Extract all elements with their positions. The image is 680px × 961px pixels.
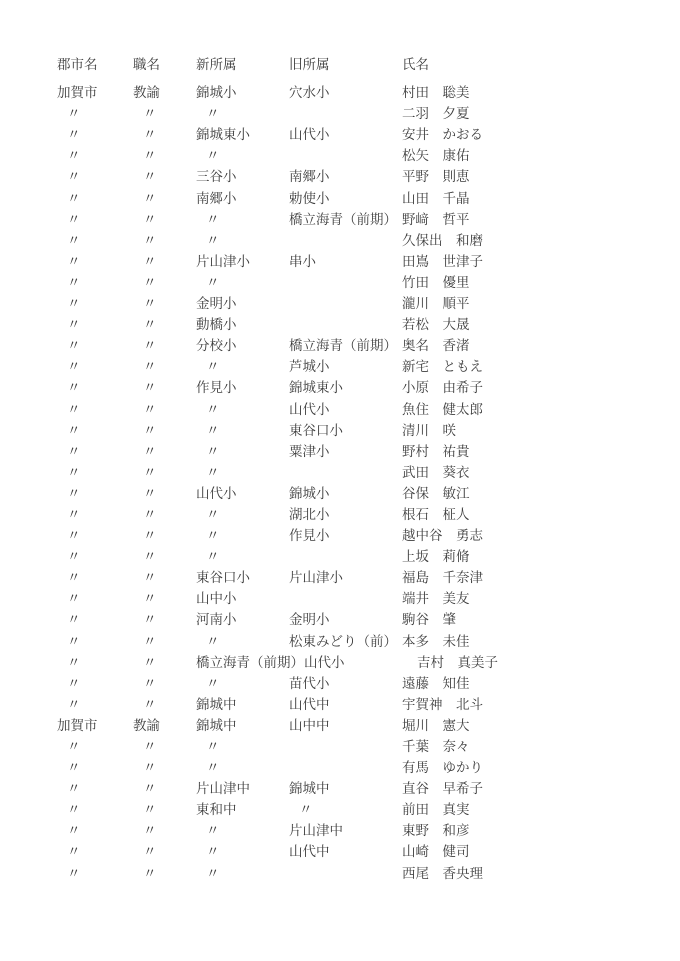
cell-shin-shozoku: 錦城東小	[196, 124, 289, 145]
cell-shokumei: 〃	[133, 145, 196, 166]
table-row: 〃〃三谷小南郷小平野 則恵	[57, 166, 660, 187]
cell-shimei: 福島 千奈津	[402, 567, 660, 588]
cell-gunshimei: 〃	[57, 631, 133, 652]
table-row: 〃〃〃久保出 和磨	[57, 230, 660, 251]
cell-gunshimei: 〃	[57, 166, 133, 187]
cell-shin-shozoku: 片山津中	[196, 778, 289, 799]
cell-kyu-shozoku: 橋立海青（前期）	[289, 335, 402, 356]
table-row: 〃〃山中小端井 美友	[57, 588, 660, 609]
table-row: 〃〃作見小錦城東小小原 由希子	[57, 377, 660, 398]
cell-gunshimei: 〃	[57, 356, 133, 377]
cell-shokumei: 〃	[133, 293, 196, 314]
cell-gunshimei: 〃	[57, 588, 133, 609]
cell-shokumei: 〃	[133, 124, 196, 145]
cell-shin-shozoku: 〃	[196, 103, 289, 124]
cell-shokumei: 〃	[133, 778, 196, 799]
table-row: 〃〃片山津小串小田嶌 世津子	[57, 251, 660, 272]
cell-shimei: 野﨑 哲平	[402, 209, 660, 230]
cell-shimei: 田嶌 世津子	[402, 251, 660, 272]
cell-shokumei: 〃	[133, 567, 196, 588]
cell-gunshimei: 〃	[57, 483, 133, 504]
cell-shokumei: 〃	[133, 166, 196, 187]
table-row: 〃〃〃松東みどり（前）本多 未佳	[57, 631, 660, 652]
cell-shin-shozoku: 〃	[196, 736, 289, 757]
cell-shin-shozoku: 〃	[196, 631, 289, 652]
cell-kyu-shozoku: 松東みどり（前）	[289, 631, 402, 652]
cell-shin-shozoku: 〃	[196, 399, 289, 420]
cell-gunshimei: 〃	[57, 609, 133, 630]
table-row: 加賀市教諭錦城小穴水小村田 聡美	[57, 82, 660, 103]
cell-shin-shozoku: 〃	[196, 420, 289, 441]
cell-shokumei: 教諭	[133, 715, 196, 736]
cell-shimei: 谷保 敏江	[402, 483, 660, 504]
cell-gunshimei: 〃	[57, 736, 133, 757]
cell-shin-shozoku: 橋立海青（前期）	[196, 652, 304, 673]
cell-shimei: 小原 由希子	[402, 377, 660, 398]
cell-kyu-shozoku: 山代中	[289, 694, 402, 715]
cell-shin-shozoku: 〃	[196, 441, 289, 462]
cell-kyu-shozoku: 串小	[289, 251, 402, 272]
cell-gunshimei: 〃	[57, 420, 133, 441]
cell-shimei: 駒谷 肇	[402, 609, 660, 630]
cell-shin-shozoku: 〃	[196, 272, 289, 293]
cell-gunshimei: 〃	[57, 757, 133, 778]
cell-shokumei: 〃	[133, 820, 196, 841]
table-row: 〃〃分校小橋立海青（前期）奥名 香渚	[57, 335, 660, 356]
table-row: 〃〃〃東谷口小清川 咲	[57, 420, 660, 441]
cell-shokumei: 〃	[133, 462, 196, 483]
cell-shin-shozoku: 錦城中	[196, 715, 289, 736]
cell-shokumei: 〃	[133, 441, 196, 462]
table-row: 〃〃〃湖北小根石 柾人	[57, 504, 660, 525]
cell-gunshimei: 〃	[57, 462, 133, 483]
cell-gunshimei: 〃	[57, 377, 133, 398]
cell-shimei: 若松 大晟	[402, 314, 660, 335]
cell-shin-shozoku: 分校小	[196, 335, 289, 356]
column-header-kyu-shozoku: 旧所属	[289, 54, 402, 75]
table-row: 〃〃〃作見小越中谷 勇志	[57, 525, 660, 546]
cell-shokumei: 〃	[133, 251, 196, 272]
cell-shimei: 平野 則恵	[402, 166, 660, 187]
cell-shin-shozoku: 錦城小	[196, 82, 289, 103]
cell-shokumei: 〃	[133, 673, 196, 694]
cell-gunshimei: 〃	[57, 799, 133, 820]
cell-shokumei: 〃	[133, 588, 196, 609]
cell-kyu-shozoku: 山中中	[289, 715, 402, 736]
cell-shimei: 山崎 健司	[402, 841, 660, 862]
cell-shin-shozoku: 〃	[196, 230, 289, 251]
cell-shin-shozoku: 山代小	[196, 483, 289, 504]
cell-shokumei: 〃	[133, 546, 196, 567]
cell-kyu-shozoku: 橋立海青（前期）	[289, 209, 402, 230]
cell-shokumei: 〃	[133, 335, 196, 356]
table-row: 〃〃〃山代中山崎 健司	[57, 841, 660, 862]
cell-shokumei: 〃	[133, 377, 196, 398]
cell-shokumei: 〃	[133, 230, 196, 251]
cell-shimei: 有馬 ゆかり	[402, 757, 660, 778]
table-row: 〃〃山代小錦城小谷保 敏江	[57, 483, 660, 504]
cell-gunshimei: 〃	[57, 778, 133, 799]
cell-gunshimei: 〃	[57, 251, 133, 272]
cell-shimei: 野村 祐貴	[402, 441, 660, 462]
cell-shimei: 武田 葵衣	[402, 462, 660, 483]
cell-shimei: 山田 千晶	[402, 188, 660, 209]
table-row: 〃〃南郷小勅使小山田 千晶	[57, 188, 660, 209]
cell-shimei: 東野 和彦	[402, 820, 660, 841]
table-row: 〃〃〃松矢 康佑	[57, 145, 660, 166]
column-header-shin-shozoku: 新所属	[196, 54, 289, 75]
cell-gunshimei: 〃	[57, 694, 133, 715]
column-header-shimei: 氏名	[402, 54, 660, 75]
cell-shin-shozoku: 錦城中	[196, 694, 289, 715]
cell-kyu-shozoku: 山代小	[289, 124, 402, 145]
cell-shin-shozoku: 東谷口小	[196, 567, 289, 588]
cell-shin-shozoku: 〃	[196, 863, 289, 884]
cell-shokumei: 〃	[133, 863, 196, 884]
table-row: 〃〃〃竹田 優里	[57, 272, 660, 293]
cell-shokumei: 〃	[133, 399, 196, 420]
cell-shokumei: 〃	[133, 504, 196, 525]
cell-shimei: 上坂 莉脩	[402, 546, 660, 567]
cell-shimei: 千葉 奈々	[402, 736, 660, 757]
table-row: 〃〃〃千葉 奈々	[57, 736, 660, 757]
cell-shin-shozoku: 〃	[196, 525, 289, 546]
cell-shokumei: 〃	[133, 188, 196, 209]
cell-shin-shozoku: 動橋小	[196, 314, 289, 335]
cell-shimei: 前田 真実	[402, 799, 660, 820]
table-row: 〃〃〃片山津中東野 和彦	[57, 820, 660, 841]
cell-shin-shozoku: 山中小	[196, 588, 289, 609]
cell-shimei: 魚住 健太郎	[402, 399, 660, 420]
table-row: 〃〃〃上坂 莉脩	[57, 546, 660, 567]
cell-gunshimei: 〃	[57, 673, 133, 694]
table-row: 〃〃〃粟津小野村 祐貴	[57, 441, 660, 462]
table-row: 〃〃〃橋立海青（前期）野﨑 哲平	[57, 209, 660, 230]
cell-shokumei: 〃	[133, 609, 196, 630]
cell-shin-shozoku: 〃	[196, 504, 289, 525]
cell-shokumei: 〃	[133, 799, 196, 820]
cell-shin-shozoku: 片山津小	[196, 251, 289, 272]
table-row: 〃〃金明小瀧川 順平	[57, 293, 660, 314]
cell-shokumei: 〃	[133, 652, 196, 673]
column-header-shokumei: 職名	[133, 54, 196, 75]
cell-kyu-shozoku: 南郷小	[289, 166, 402, 187]
cell-shimei: 奥名 香渚	[402, 335, 660, 356]
table-row: 〃〃〃二羽 夕夏	[57, 103, 660, 124]
cell-shimei: 村田 聡美	[402, 82, 660, 103]
table-header-row: 郡市名職名新所属旧所属氏名	[57, 54, 660, 75]
cell-shimei: 久保出 和磨	[402, 230, 660, 251]
cell-gunshimei: 〃	[57, 124, 133, 145]
cell-shimei: 遠藤 知佳	[402, 673, 660, 694]
cell-shimei: 二羽 夕夏	[402, 103, 660, 124]
table-row: 〃〃錦城中山代中宇賀神 北斗	[57, 694, 660, 715]
cell-gunshimei: 〃	[57, 314, 133, 335]
cell-shimei: 直谷 早希子	[402, 778, 660, 799]
cell-shimei: 吉村 真美子	[417, 652, 660, 673]
cell-gunshimei: 〃	[57, 293, 133, 314]
table-row: 〃〃橋立海青（前期）山代小吉村 真美子	[57, 652, 660, 673]
cell-shokumei: 〃	[133, 483, 196, 504]
cell-shimei: 堀川 憲大	[402, 715, 660, 736]
cell-gunshimei: 加賀市	[57, 82, 133, 103]
cell-shimei: 瀧川 順平	[402, 293, 660, 314]
cell-shin-shozoku: 〃	[196, 209, 289, 230]
cell-gunshimei: 〃	[57, 272, 133, 293]
cell-shimei: 根石 柾人	[402, 504, 660, 525]
cell-shin-shozoku: 東和中	[196, 799, 289, 820]
cell-gunshimei: 〃	[57, 230, 133, 251]
table-row: 〃〃錦城東小山代小安井 かおる	[57, 124, 660, 145]
cell-shokumei: 〃	[133, 757, 196, 778]
cell-shin-shozoku: 作見小	[196, 377, 289, 398]
cell-kyu-shozoku: 錦城東小	[289, 377, 402, 398]
cell-shin-shozoku: 〃	[196, 820, 289, 841]
cell-shimei: 西尾 香央理	[402, 863, 660, 884]
cell-shokumei: 〃	[133, 103, 196, 124]
table-row: 〃〃河南小金明小駒谷 肇	[57, 609, 660, 630]
cell-shimei: 宇賀神 北斗	[402, 694, 660, 715]
table-row: 加賀市教諭錦城中山中中堀川 憲大	[57, 715, 660, 736]
cell-kyu-shozoku: 錦城小	[289, 483, 402, 504]
cell-shimei: 本多 未佳	[402, 631, 660, 652]
cell-shokumei: 〃	[133, 356, 196, 377]
cell-shin-shozoku: 金明小	[196, 293, 289, 314]
cell-shimei: 越中谷 勇志	[402, 525, 660, 546]
cell-gunshimei: 〃	[57, 841, 133, 862]
table-row: 〃〃〃武田 葵衣	[57, 462, 660, 483]
cell-shin-shozoku: 〃	[196, 356, 289, 377]
cell-shin-shozoku: 〃	[196, 841, 289, 862]
table-row: 〃〃東和中〃前田 真実	[57, 799, 660, 820]
cell-shin-shozoku: 〃	[196, 757, 289, 778]
cell-gunshimei: 〃	[57, 820, 133, 841]
cell-gunshimei: 〃	[57, 567, 133, 588]
cell-shin-shozoku: 〃	[196, 673, 289, 694]
cell-gunshimei: 〃	[57, 441, 133, 462]
cell-kyu-shozoku: 作見小	[289, 525, 402, 546]
cell-gunshimei: 〃	[57, 525, 133, 546]
cell-kyu-shozoku: 片山津中	[289, 820, 402, 841]
table-row: 〃〃片山津中錦城中直谷 早希子	[57, 778, 660, 799]
cell-shin-shozoku: 三谷小	[196, 166, 289, 187]
cell-gunshimei: 〃	[57, 188, 133, 209]
cell-shimei: 清川 咲	[402, 420, 660, 441]
cell-kyu-shozoku: 錦城中	[289, 778, 402, 799]
cell-gunshimei: 〃	[57, 652, 133, 673]
cell-kyu-shozoku: 穴水小	[289, 82, 402, 103]
cell-shokumei: 〃	[133, 736, 196, 757]
cell-kyu-shozoku: 山代中	[289, 841, 402, 862]
cell-shokumei: 〃	[133, 694, 196, 715]
transfer-table: 郡市名職名新所属旧所属氏名加賀市教諭錦城小穴水小村田 聡美〃〃〃二羽 夕夏〃〃錦…	[57, 54, 660, 884]
cell-shokumei: 〃	[133, 209, 196, 230]
cell-shokumei: 〃	[133, 841, 196, 862]
cell-shin-shozoku: 河南小	[196, 609, 289, 630]
table-row: 〃〃〃有馬 ゆかり	[57, 757, 660, 778]
column-header-gunshimei: 郡市名	[57, 54, 133, 75]
cell-shimei: 竹田 優里	[402, 272, 660, 293]
cell-shin-shozoku: 〃	[196, 462, 289, 483]
cell-shokumei: 〃	[133, 272, 196, 293]
table-row: 〃〃動橋小若松 大晟	[57, 314, 660, 335]
cell-gunshimei: 〃	[57, 504, 133, 525]
cell-shimei: 松矢 康佑	[402, 145, 660, 166]
cell-gunshimei: 〃	[57, 145, 133, 166]
cell-kyu-shozoku: 苗代小	[289, 673, 402, 694]
cell-kyu-shozoku: 山代小	[304, 652, 417, 673]
table-row: 〃〃東谷口小片山津小福島 千奈津	[57, 567, 660, 588]
cell-kyu-shozoku: 〃	[289, 799, 402, 820]
cell-gunshimei: 〃	[57, 863, 133, 884]
cell-shin-shozoku: 南郷小	[196, 188, 289, 209]
cell-shimei: 端井 美友	[402, 588, 660, 609]
cell-gunshimei: 〃	[57, 209, 133, 230]
document-page: 郡市名職名新所属旧所属氏名加賀市教諭錦城小穴水小村田 聡美〃〃〃二羽 夕夏〃〃錦…	[0, 0, 680, 961]
cell-shokumei: 〃	[133, 631, 196, 652]
cell-kyu-shozoku: 東谷口小	[289, 420, 402, 441]
table-row: 〃〃〃芦城小新宅 ともえ	[57, 356, 660, 377]
cell-kyu-shozoku: 芦城小	[289, 356, 402, 377]
table-row: 〃〃〃山代小魚住 健太郎	[57, 399, 660, 420]
cell-shokumei: 教諭	[133, 82, 196, 103]
cell-shimei: 新宅 ともえ	[402, 356, 660, 377]
cell-shokumei: 〃	[133, 420, 196, 441]
cell-shokumei: 〃	[133, 314, 196, 335]
cell-kyu-shozoku: 片山津小	[289, 567, 402, 588]
cell-kyu-shozoku: 湖北小	[289, 504, 402, 525]
table-row: 〃〃〃西尾 香央理	[57, 863, 660, 884]
cell-shimei: 安井 かおる	[402, 124, 660, 145]
cell-gunshimei: 〃	[57, 103, 133, 124]
cell-shin-shozoku: 〃	[196, 546, 289, 567]
cell-kyu-shozoku: 金明小	[289, 609, 402, 630]
table-row: 〃〃〃苗代小遠藤 知佳	[57, 673, 660, 694]
cell-kyu-shozoku: 粟津小	[289, 441, 402, 462]
cell-kyu-shozoku: 勅使小	[289, 188, 402, 209]
cell-kyu-shozoku: 山代小	[289, 399, 402, 420]
cell-shokumei: 〃	[133, 525, 196, 546]
cell-shin-shozoku: 〃	[196, 145, 289, 166]
cell-gunshimei: 〃	[57, 335, 133, 356]
cell-gunshimei: 〃	[57, 546, 133, 567]
cell-gunshimei: 〃	[57, 399, 133, 420]
cell-gunshimei: 加賀市	[57, 715, 133, 736]
